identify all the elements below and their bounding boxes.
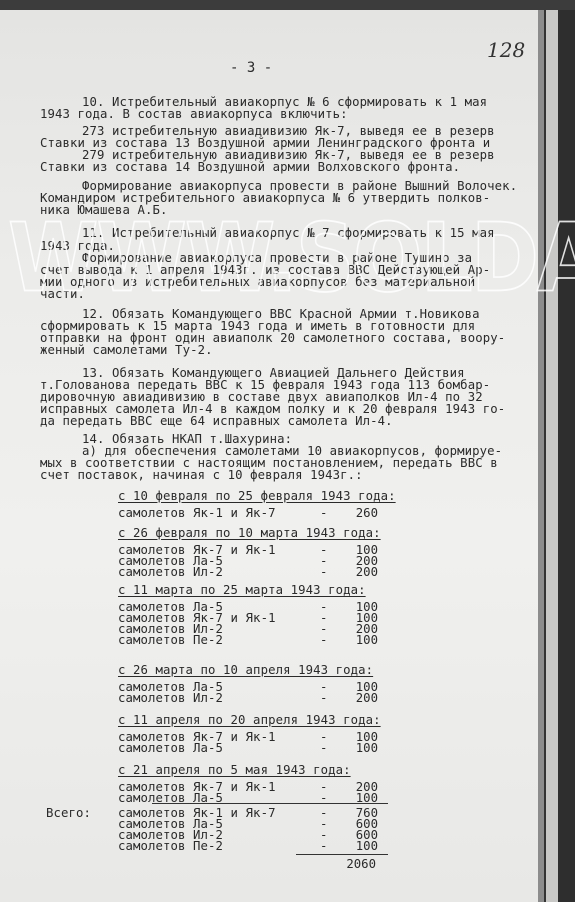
paragraph-line: части.: [40, 288, 85, 301]
paragraph-line: счет поставок, начиная с 10 февраля 1943…: [40, 469, 363, 482]
dash-separator: -: [320, 741, 327, 755]
grand-total: 2060: [336, 857, 376, 871]
dash-separator: -: [320, 506, 327, 520]
totals-label: Всего:: [46, 807, 91, 820]
period-heading: с 26 февраля по 10 марта 1943 года:: [118, 527, 381, 540]
schedule-quantity: 100: [338, 741, 378, 755]
paragraph-line: женный самолетами Ту-2.: [40, 344, 213, 357]
period-heading: с 21 апреля по 5 мая 1943 года:: [118, 764, 351, 777]
totals-item: самолетов Пе-2: [118, 840, 223, 853]
paragraph-line: мии одного из истребительных авиакорпусо…: [40, 276, 475, 289]
schedule-quantity: 260: [338, 506, 378, 520]
schedule-quantity: 200: [338, 565, 378, 579]
grand-total-rule: [296, 854, 388, 855]
period-heading: с 10 февраля по 25 февраля 1943 года:: [118, 490, 396, 503]
schedule-item: самолетов Ил-2: [118, 692, 223, 705]
schedule-quantity: 100: [338, 633, 378, 647]
paragraph-line: да передать ВВС еще 64 исправных самолет…: [40, 415, 393, 428]
dash-separator: -: [320, 691, 327, 705]
schedule-item: самолетов Ла-5: [118, 742, 223, 755]
totals-rule: [152, 803, 388, 804]
paragraph-line: ника Юмашева А.Б.: [40, 204, 168, 217]
period-heading: с 11 марта по 25 марта 1943 года:: [118, 584, 366, 597]
folio-number: 128: [487, 38, 525, 62]
period-heading: с 11 апреля по 20 апреля 1943 года:: [118, 714, 381, 727]
dash-separator: -: [320, 565, 327, 579]
schedule-quantity: 200: [338, 691, 378, 705]
dash-separator: -: [320, 633, 327, 647]
totals-quantity: 100: [338, 839, 378, 853]
scan-right-border: [558, 10, 575, 902]
schedule-item: самолетов Як-1 и Як-7: [118, 507, 276, 520]
dash-separator: -: [320, 839, 327, 853]
paragraph-line: 11. Истребительный авиакорпус № 7 сформи…: [82, 227, 495, 240]
page-marker: - 3 -: [230, 60, 272, 76]
paragraph-line: 1943 года. В состав авиакорпуса включить…: [40, 108, 348, 121]
paragraph-line: Ставки из состава 14 Воздушной армии Вол…: [40, 161, 460, 174]
period-heading: с 26 марта по 10 апреля 1943 года:: [118, 664, 373, 677]
schedule-item: самолетов Ил-2: [118, 566, 223, 579]
schedule-item: самолетов Пе-2: [118, 634, 223, 647]
